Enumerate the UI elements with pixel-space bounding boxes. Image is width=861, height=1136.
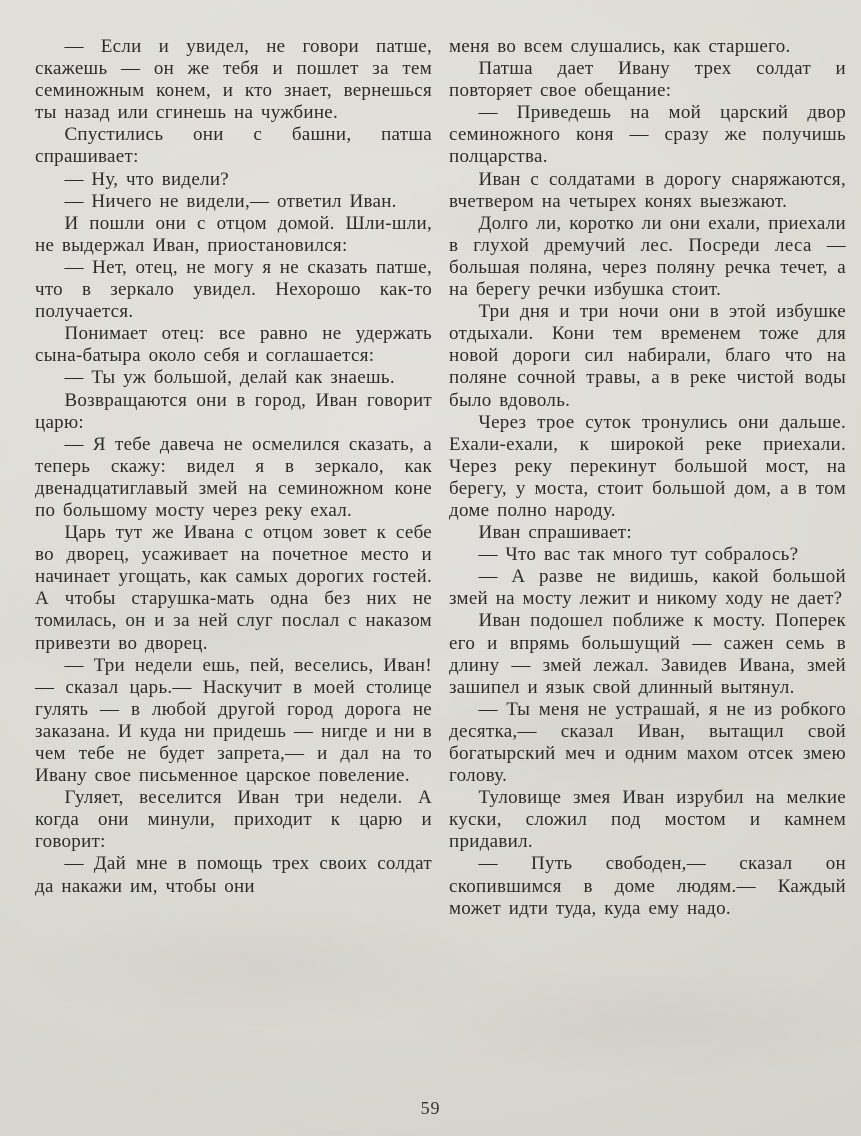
paragraph: — Ничего не видели,— ответил Иван. <box>35 191 432 213</box>
book-page: — Если и увидел, не говори патше, скажеш… <box>0 0 861 1136</box>
paragraph: Понимает отец: все равно не удержать сын… <box>35 323 432 367</box>
paragraph: — Я тебе давеча не осмелился сказать, а … <box>35 434 432 522</box>
paragraph: Три дня и три ночи они в этой избушке от… <box>449 301 846 411</box>
left-column: — Если и увидел, не говори патше, скажеш… <box>35 36 432 920</box>
paragraph: — Если и увидел, не говори патше, скажеш… <box>35 36 432 124</box>
paragraph: Через трое суток тронулись они дальше. Е… <box>449 412 846 522</box>
paragraph: — Приведешь на мой царский двор семиножн… <box>449 102 846 168</box>
paragraph: Иван спрашивает: <box>449 522 846 544</box>
paragraph: Царь тут же Ивана с отцом зовет к себе в… <box>35 522 432 655</box>
paragraph: Гуляет, веселится Иван три недели. А ког… <box>35 787 432 853</box>
paragraph: Долго ли, коротко ли они ехали, приехали… <box>449 213 846 301</box>
page-number: 59 <box>0 1098 861 1119</box>
paragraph: — Ну, что видели? <box>35 169 432 191</box>
paragraph: — Что вас так много тут собралось? <box>449 544 846 566</box>
paragraph: — Ты меня не устрашай, я не из робкого д… <box>449 699 846 787</box>
text-block: — Если и увидел, не говори патше, скажеш… <box>35 36 845 920</box>
paragraph: — Три недели ешь, пей, веселись, Иван! —… <box>35 655 432 788</box>
paragraph: — А разве не видишь, какой большой змей … <box>449 566 846 610</box>
paragraph: Патша дает Ивану трех солдат и повторяет… <box>449 58 846 102</box>
paragraph: — Дай мне в помощь трех своих солдат да … <box>35 853 432 897</box>
paragraph: меня во всем слушались, как старшего. <box>449 36 846 58</box>
paragraph: — Нет, отец, не могу я не сказать патше,… <box>35 257 432 323</box>
paragraph: Иван с солдатами в дорогу снаряжаются, в… <box>449 169 846 213</box>
paragraph: И пошли они с отцом домой. Шли-шли, не в… <box>35 213 432 257</box>
paragraph: Спустились они с башни, патша спрашивает… <box>35 124 432 168</box>
paragraph: Возвращаются они в город, Иван говорит ц… <box>35 390 432 434</box>
paragraph: — Путь свободен,— сказал он скопившимся … <box>449 853 846 919</box>
paragraph: Туловище змея Иван изрубил на мелкие кус… <box>449 787 846 853</box>
right-column: меня во всем слушались, как старшего.Пат… <box>449 36 846 920</box>
paragraph: Иван подошел поближе к мосту. Поперек ег… <box>449 610 846 698</box>
paragraph: — Ты уж большой, делай как знаешь. <box>35 367 432 389</box>
